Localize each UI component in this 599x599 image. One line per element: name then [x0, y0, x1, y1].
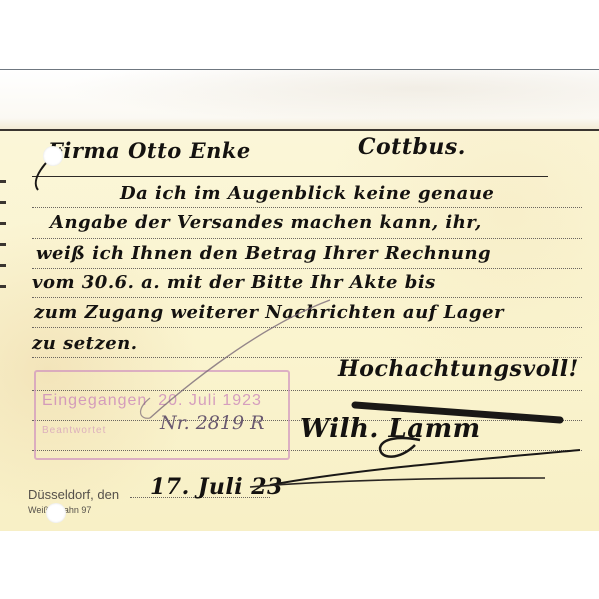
- rule-line: [32, 238, 582, 239]
- signature: Wilh. Lamm: [300, 414, 481, 444]
- stamp-received-line: Eingegangen 20. Juli 1923: [42, 392, 262, 410]
- rule-line: [32, 207, 582, 208]
- rule-line: [32, 268, 582, 269]
- printed-place-label: Düsseldorf, den: [28, 487, 119, 502]
- rule-line: [32, 297, 582, 298]
- handwritten-date: 17. Juli 23: [150, 474, 283, 500]
- body-line-2: Angabe der Versandes machen kann, ihr,: [50, 212, 482, 233]
- body-line-4: vom 30.6. a. mit der Bitte Ihr Akte bis: [32, 272, 436, 293]
- body-line-6: zu setzen.: [32, 333, 138, 354]
- pencil-reference-note: Nr. 2819 R: [160, 412, 264, 434]
- recipient-name: Firma Otto Enke: [48, 138, 251, 163]
- recipient-city: Cottbus.: [358, 134, 466, 160]
- paper-top-band: [0, 70, 599, 130]
- rule-line: [32, 327, 582, 328]
- stamp-answered-label: Beantwortet: [42, 425, 106, 436]
- stamp-received-label: Eingegangen: [42, 392, 147, 409]
- body-line-1: Da ich im Augenblick keine genaue: [120, 183, 494, 204]
- rule-line-solid: [32, 176, 548, 177]
- punch-hole-bottom: [46, 503, 66, 523]
- punch-hole-top: [43, 146, 63, 166]
- edge-ink-marks: [0, 180, 6, 340]
- body-line-3: weiß ich Ihnen den Betrag Ihrer Rechnung: [36, 243, 491, 264]
- body-line-5: zum Zugang weiterer Nachrichten auf Lage…: [34, 302, 504, 323]
- closing-salutation: Hochachtungsvoll!: [338, 356, 579, 382]
- stamp-date: 20. Juli 1923: [158, 392, 262, 409]
